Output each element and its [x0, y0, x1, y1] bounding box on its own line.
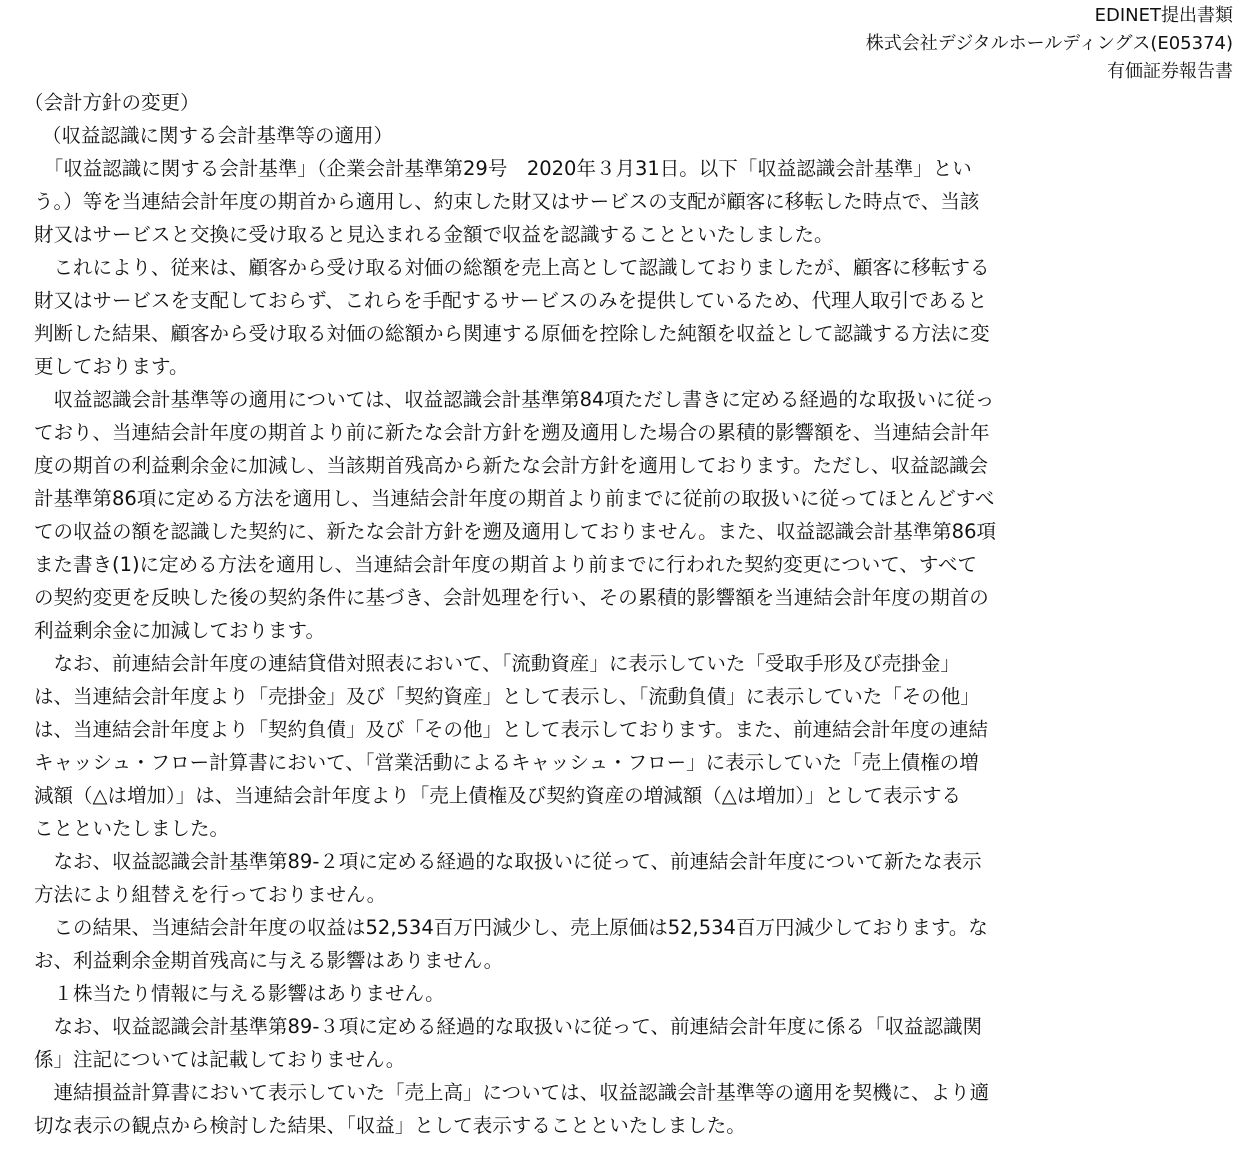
paragraph-impact-amount: この結果、当連結会計年度の収益は52,534百万円減少し、売上原価は52,534… [20, 911, 1130, 977]
paragraph-line: なお、収益認識会計基準第89-２項に定める経過的な取扱いに従って、前連結会計年度… [20, 845, 1130, 878]
paragraph-line: キャッシュ・フロー計算書において、「営業活動によるキャッシュ・フロー」に表示して… [20, 746, 1130, 779]
paragraph-line: ての収益の額を認識した契約に、新たな会計方針を遡及適用しておりません。また、収益… [20, 515, 1130, 548]
paragraph-line: １株当たり情報に与える影響はありません。 [20, 977, 1130, 1010]
paragraph-line: 係」注記については記載しておりません。 [20, 1043, 1130, 1076]
paragraph-presentation-change: なお、前連結会計年度の連結貸借対照表において、「流動資産」に表示していた「受取手… [20, 647, 1130, 845]
document-body: （会計方針の変更） （収益認識に関する会計基準等の適用） 「収益認識に関する会計… [20, 86, 1130, 1142]
paragraph-line: は、当連結会計年度より「売掛金」及び「契約資産」として表示し、「流動負債」に表示… [20, 680, 1130, 713]
paragraph-line: 判断した結果、顧客から受け取る対価の総額から関連する原価を控除した純額を収益とし… [20, 317, 1130, 350]
paragraph-line: は、当連結会計年度より「契約負債」及び「その他」として表示しております。また、前… [20, 713, 1130, 746]
paragraph-line: また書き(1)に定める方法を適用し、当連結会計年度の期首より前までに行われた契約… [20, 548, 1130, 581]
paragraph-line: 方法により組替えを行っておりません。 [20, 878, 1130, 911]
paragraph-line: なお、前連結会計年度の連結貸借対照表において、「流動資産」に表示していた「受取手… [20, 647, 1130, 680]
paragraph-line: 度の期首の利益剰余金に加減し、当該期首残高から新たな会計方針を適用しております。… [20, 449, 1130, 482]
paragraph-line: 切な表示の観点から検討した結果、「収益」として表示することといたしました。 [20, 1109, 1130, 1142]
paragraph-transitional-treatment: 収益認識会計基準等の適用については、収益認識会計基準第84項ただし書きに定める経… [20, 383, 1130, 647]
doc-type-label: EDINET提出書類 [866, 2, 1233, 30]
report-name: 有価証券報告書 [866, 58, 1233, 86]
paragraph-line: う。）等を当連結会計年度の期首から適用し、約束した財又はサービスの支配が顧客に移… [20, 185, 1130, 218]
paragraph-line: の契約変更を反映した後の契約条件に基づき、会計処理を行い、その累積的影響額を当連… [20, 581, 1130, 614]
paragraph-line: 更しております。 [20, 350, 1130, 383]
paragraph-notes-omitted: なお、収益認識会計基準第89-３項に定める経過的な取扱いに従って、前連結会計年度… [20, 1010, 1130, 1076]
paragraph-line: お、利益剰余金期首残高に与える影響はありません。 [20, 944, 1130, 977]
paragraph-line: 財又はサービスと交換に受け取ると見込まれる金額で収益を認識することといたしました… [20, 218, 1130, 251]
section-subtitle: （収益認識に関する会計基準等の適用） [20, 119, 1130, 152]
document-header: EDINET提出書類 株式会社デジタルホールディングス(E05374) 有価証券… [866, 2, 1233, 86]
paragraph-line: 財又はサービスを支配しておらず、これらを手配するサービスのみを提供しているため、… [20, 284, 1130, 317]
paragraph-line: 収益認識会計基準等の適用については、収益認識会計基準第84項ただし書きに定める経… [20, 383, 1130, 416]
paragraph-line: なお、収益認識会計基準第89-３項に定める経過的な取扱いに従って、前連結会計年度… [20, 1010, 1130, 1043]
paragraph-adoption: 「収益認識に関する会計基準」（企業会計基準第29号 2020年３月31日。以下「… [20, 152, 1130, 251]
paragraph-line: ことといたしました。 [20, 812, 1130, 845]
paragraph-line: 利益剰余金に加減しております。 [20, 614, 1130, 647]
paragraph-line: 連結損益計算書において表示していた「売上高」については、収益認識会計基準等の適用… [20, 1076, 1130, 1109]
paragraph-per-share-impact: １株当たり情報に与える影響はありません。 [20, 977, 1130, 1010]
section-title: （会計方針の変更） [20, 86, 1130, 119]
company-name: 株式会社デジタルホールディングス(E05374) [866, 30, 1233, 58]
paragraph-line: 計基準第86項に定める方法を適用し、当連結会計年度の期首より前までに従前の取扱い… [20, 482, 1130, 515]
paragraph-agent-transactions: これにより、従来は、顧客から受け取る対価の総額を売上高として認識しておりましたが… [20, 251, 1130, 383]
paragraph-line: この結果、当連結会計年度の収益は52,534百万円減少し、売上原価は52,534… [20, 911, 1130, 944]
paragraph-line: ており、当連結会計年度の期首より前に新たな会計方針を遡及適用した場合の累積的影響… [20, 416, 1130, 449]
paragraph-no-reclassification: なお、収益認識会計基準第89-２項に定める経過的な取扱いに従って、前連結会計年度… [20, 845, 1130, 911]
paragraph-revenue-label: 連結損益計算書において表示していた「売上高」については、収益認識会計基準等の適用… [20, 1076, 1130, 1142]
paragraph-line: 減額（△は増加）」は、当連結会計年度より「売上債権及び契約資産の増減額（△は増加… [20, 779, 1130, 812]
paragraph-line: これにより、従来は、顧客から受け取る対価の総額を売上高として認識しておりましたが… [20, 251, 1130, 284]
paragraph-line: 「収益認識に関する会計基準」（企業会計基準第29号 2020年３月31日。以下「… [20, 152, 1130, 185]
